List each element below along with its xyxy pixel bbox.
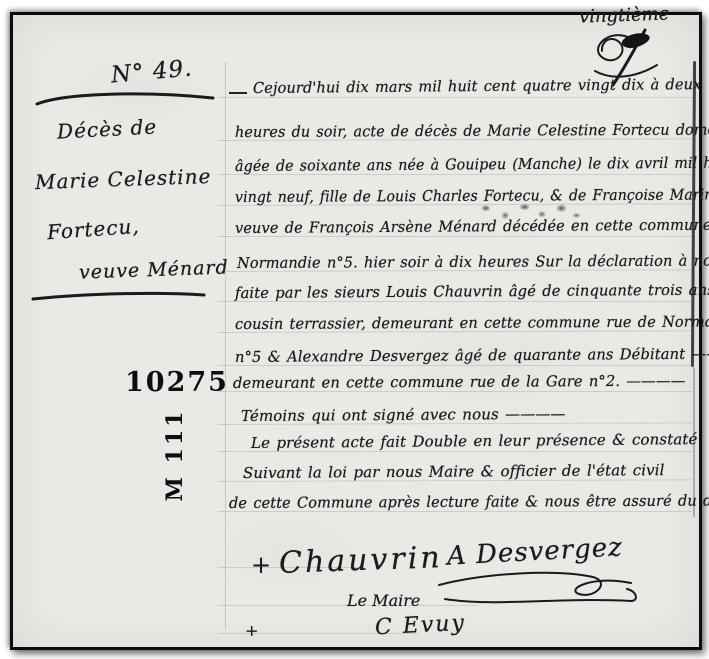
page-sequence-note: vingtième: [579, 3, 670, 27]
act-body-line: demeurant en cette commune rue de la Gar…: [233, 372, 686, 392]
act-body-line: de cette Commune après lecture faite & n…: [229, 491, 709, 512]
record-page-frame: vingtième N° 49. Décès de Marie Celestin…: [10, 12, 702, 650]
act-body-line: faite par les sieurs Louis Chauvrin âgé …: [235, 281, 709, 302]
margin-decedent-line-4: veuve Ménard: [79, 256, 229, 283]
ink-blot: [475, 201, 583, 225]
act-body-line: n°5 & Alexandre Desvergez âgé de quarant…: [235, 345, 709, 366]
archive-stamp-code-vertical: M 111: [162, 397, 188, 513]
act-body-line: vingt neuf, fille de Louis Charles Forte…: [235, 185, 709, 206]
margin-decedent-line-3: Fortecu,: [46, 214, 140, 244]
lead-dash: [229, 92, 247, 94]
record-page: vingtième N° 49. Décès de Marie Celestin…: [13, 15, 699, 647]
act-body-line: âgée de soixante ans née à Gouipeu (Manc…: [235, 153, 709, 175]
act-body-line: Suivant la loi par nous Maire & officier…: [243, 461, 665, 482]
decedent-underline: [31, 289, 207, 303]
margin-decedent-line-1: Décès de: [56, 114, 157, 143]
ruled-line: [218, 97, 692, 98]
witness-signature-1: Chauvrin: [278, 540, 443, 581]
margin-divider-rule: [225, 63, 226, 629]
archive-stamp-number: 10275: [125, 367, 229, 398]
act-body-line: veuve de François Arsène Ménard décédée …: [235, 215, 709, 237]
signature-flourish: [435, 567, 645, 609]
witness-cross-mark-1: +: [251, 551, 271, 579]
act-body-line: Le présent acte fait Double en leur prés…: [251, 430, 698, 452]
margin-decedent-line-2: Marie Celestine: [35, 164, 212, 194]
act-number-underline: [35, 89, 217, 109]
act-body-line: Cejourd'hui dix mars mil huit cent quatr…: [253, 75, 702, 97]
margin-act-number: N° 49.: [110, 55, 193, 88]
mayor-signature: C Evuy: [374, 611, 466, 641]
act-body-line: Témoins qui ont signé avec nous ————: [241, 405, 566, 425]
witness-signature-2: A Desvergez: [446, 532, 623, 571]
act-body-line: Normandie n°5. hier soir à dix heures Su…: [237, 251, 709, 272]
act-body-line: cousin terrassier, demeurant en cette co…: [235, 312, 709, 333]
witness-cross-mark-2: +: [245, 621, 258, 640]
act-body-line: heures du soir, acte de décès de Marie C…: [235, 120, 709, 141]
mayor-title: Le Maire: [347, 591, 420, 610]
